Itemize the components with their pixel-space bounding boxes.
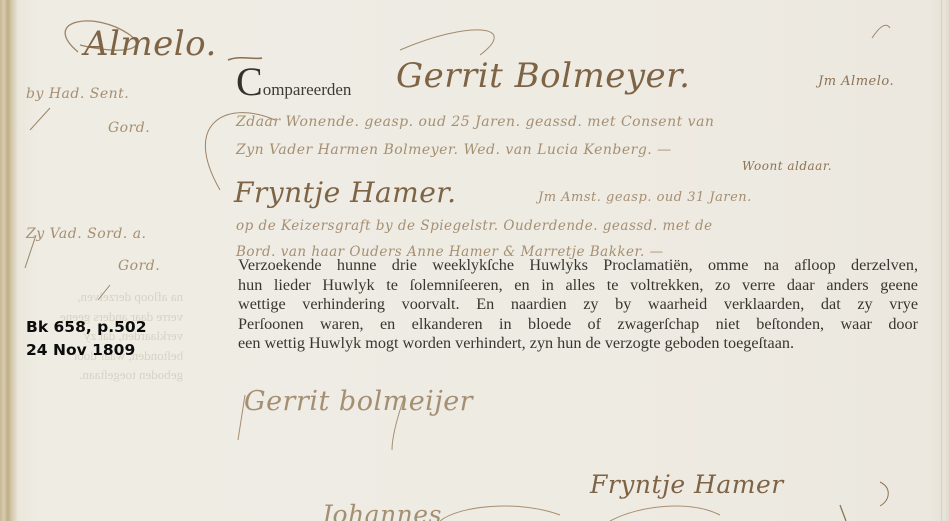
proclamation-line: Verzoekende hunne drie weeklykſche Huwly… (238, 256, 918, 276)
margin-groom-note: by Had. Sent. (26, 86, 129, 102)
drop-cap: C (236, 59, 263, 104)
book-page-reference: Bk 658, p.502 (26, 316, 147, 339)
groom-line1-tail: Jm Almelo. (818, 74, 894, 89)
proclamation-line: wettige verhindering voorvalt. En naardi… (238, 295, 918, 315)
bride-signature: Fryntje Hamer (590, 470, 784, 499)
witness-signature-partial: Johannes (322, 500, 442, 521)
margin-groom-note-2: Gord. (108, 120, 150, 136)
proclamation-line: een wettig Huwlyk mogt worden verhindert… (238, 334, 918, 354)
margin-bride-note: Zy Vad. Sord. a. (26, 226, 147, 242)
compareerden-rest: ompareerden (263, 80, 352, 99)
bride-line1-tail: Jm Amst. geasp. oud 31 Jaren. (538, 190, 752, 205)
groom-line3-above: Woont aldaar. (742, 159, 832, 173)
printed-proclamation-text: Verzoekende hunne drie weeklykſche Huwly… (238, 256, 918, 354)
page-edge-line (941, 0, 942, 521)
bleed-line: geboden toegeſtaan. (60, 365, 183, 385)
margin-place-name: Almelo. (84, 24, 217, 64)
document-scan: na afloop derzelven, verre daar anders g… (0, 0, 949, 521)
book-binding-edge (0, 0, 17, 521)
bride-line2: op de Keizersgraft by de Spiegelstr. Oud… (236, 218, 713, 234)
groom-signature: Gerrit bolmeijer (244, 386, 473, 417)
groom-name: Gerrit Bolmeyer. (396, 56, 690, 96)
bleed-line: na afloop derzelven, (60, 287, 183, 307)
groom-line3: Zyn Vader Harmen Bolmeyer. Wed. van Luci… (236, 142, 672, 158)
record-reference-label: Bk 658, p.502 24 Nov 1809 (26, 316, 147, 362)
record-date: 24 Nov 1809 (26, 339, 147, 362)
proclamation-line: hun lieder Huwlyk te ſolemniſeeren, en i… (238, 276, 918, 296)
compareerden-heading: Compareerden (236, 62, 351, 102)
proclamation-line: Perſoonen waren, en elkanderen in bloede… (238, 315, 918, 335)
groom-line2: Zdaar Wonende. geasp. oud 25 Jaren. geas… (236, 114, 714, 130)
bride-name: Fryntje Hamer. (234, 176, 457, 209)
margin-bride-note-2: Gord. (118, 258, 160, 274)
